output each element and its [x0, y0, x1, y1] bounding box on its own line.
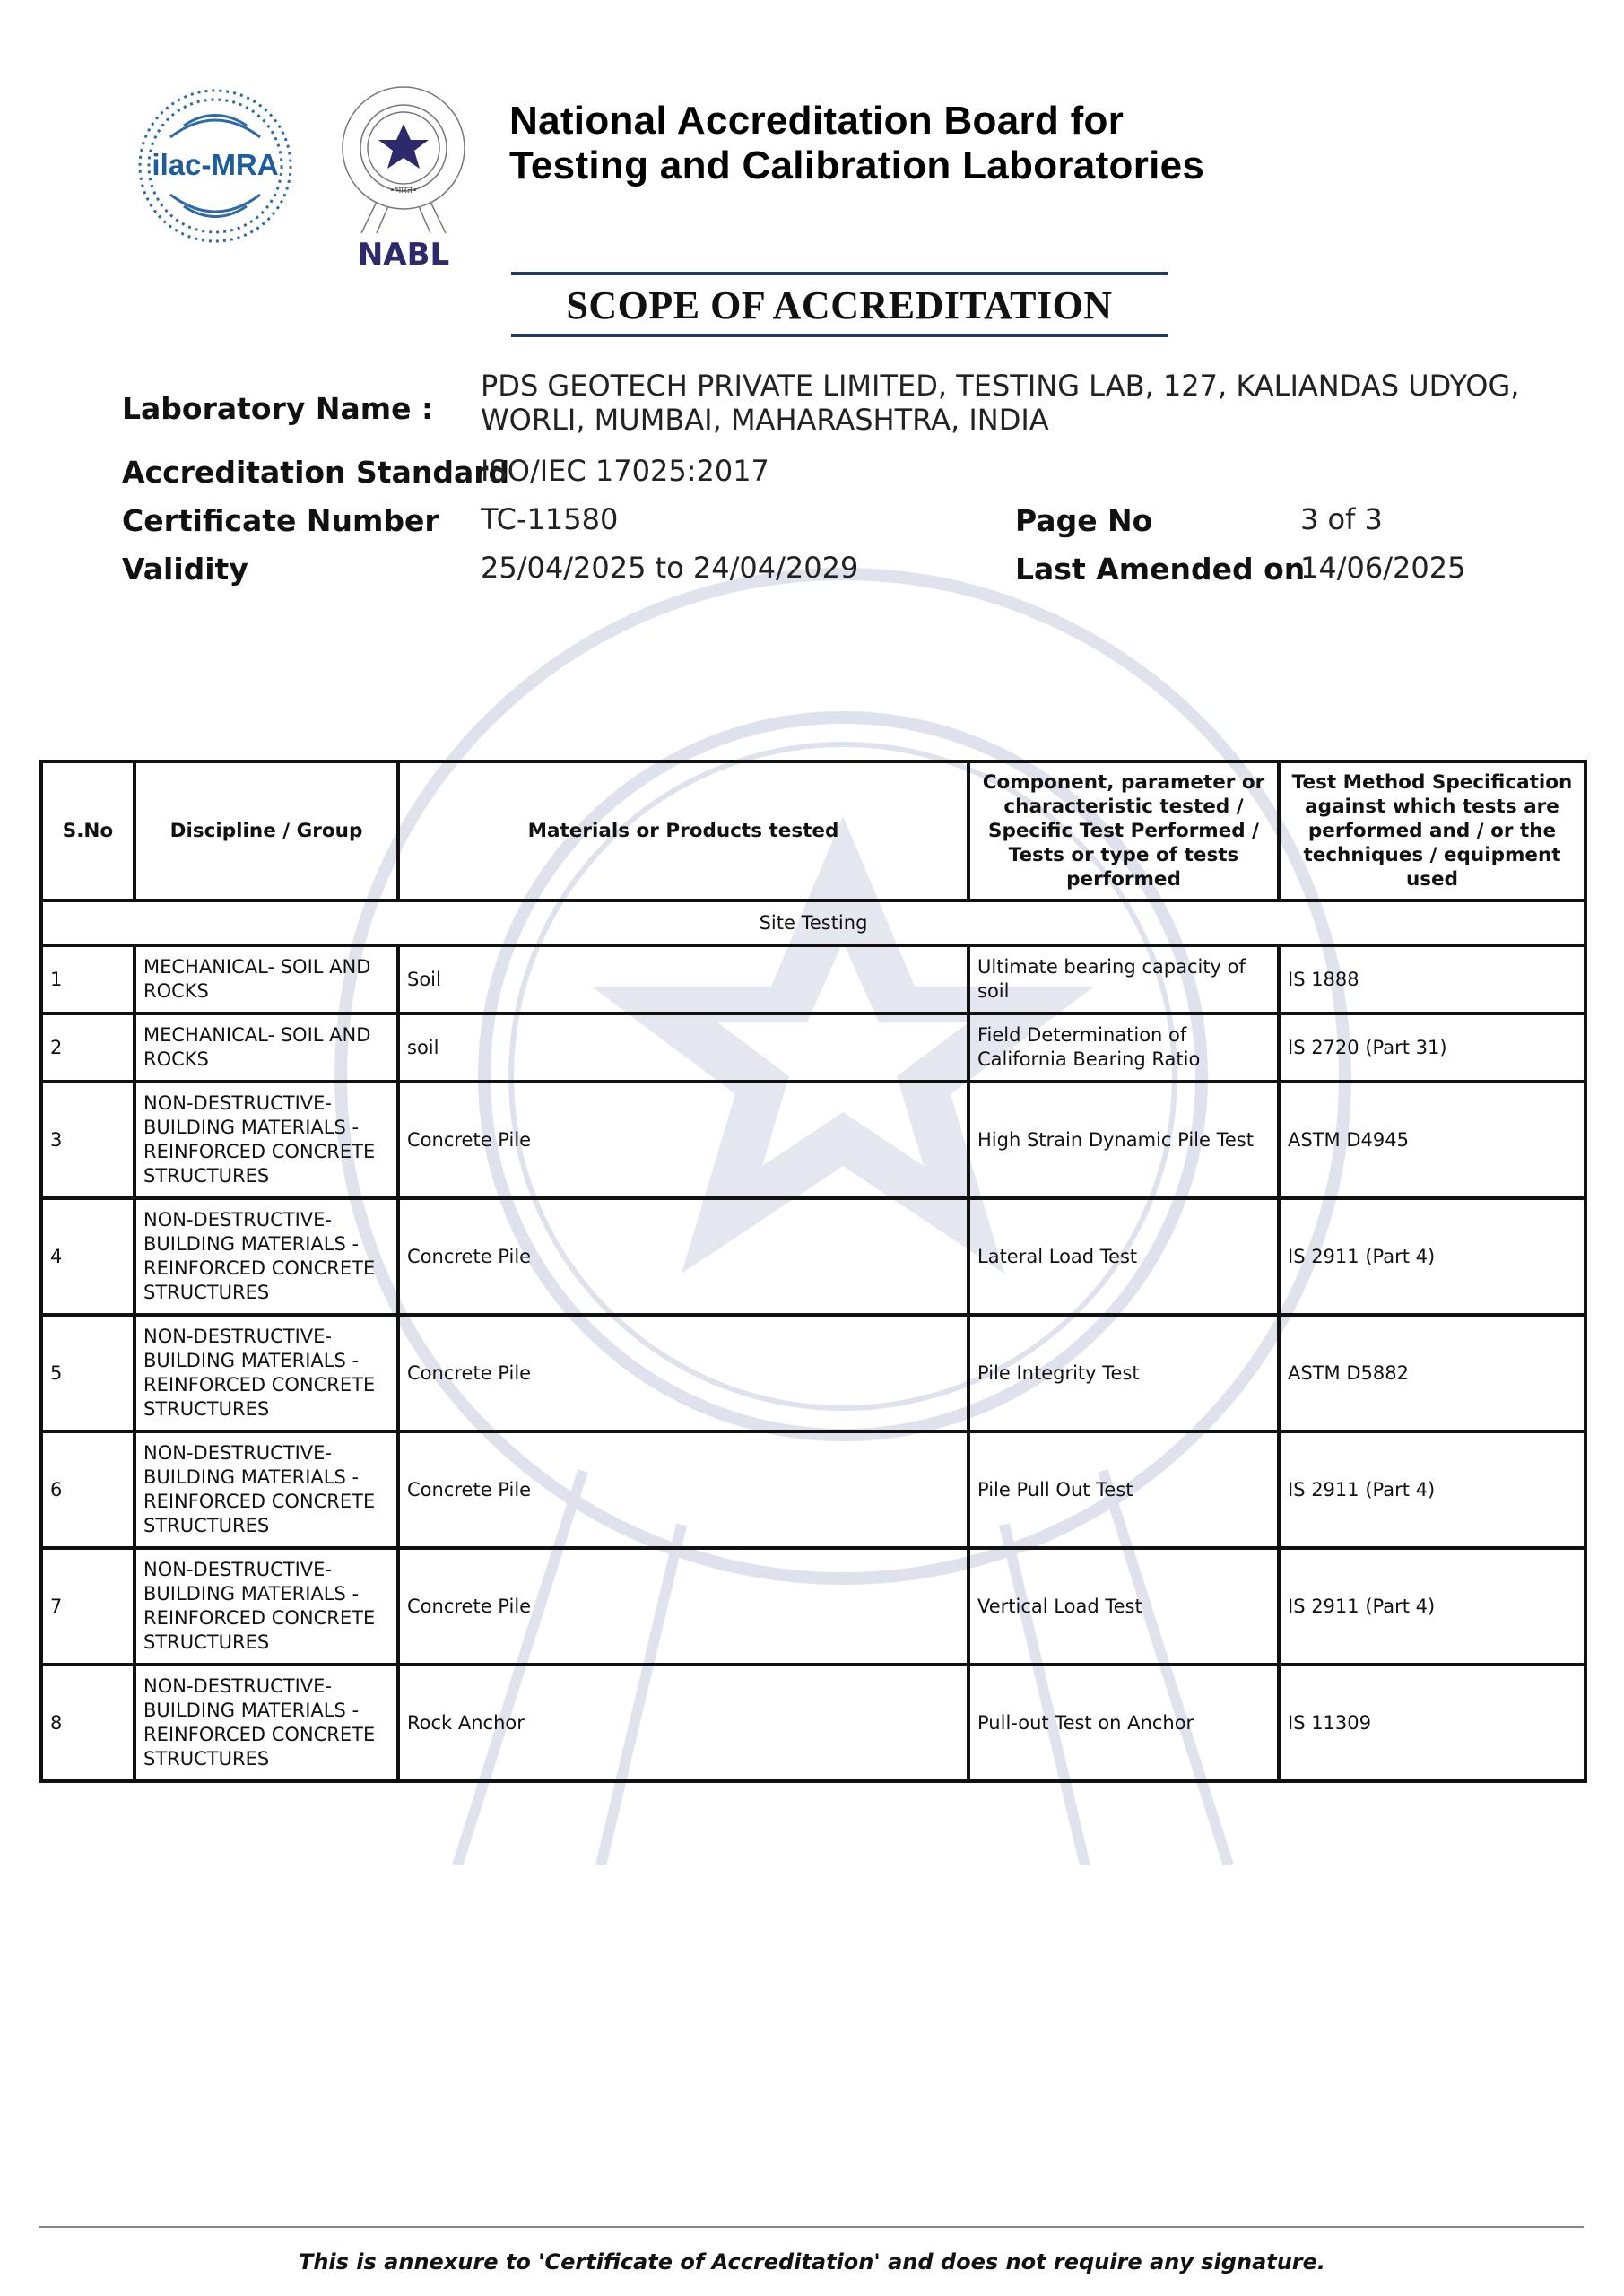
header-discipline: Discipline / Group: [135, 761, 398, 900]
cell-discipline: NON-DESTRUCTIVE- BUILDING MATERIALS - RE…: [135, 1315, 398, 1431]
cell-material: Concrete Pile: [398, 1082, 968, 1198]
page-no-value: 3 of 3: [1300, 501, 1383, 537]
table-row: 6NON-DESTRUCTIVE- BUILDING MATERIALS - R…: [41, 1431, 1585, 1548]
footer-divider: [39, 2226, 1584, 2228]
cell-sno: 4: [41, 1198, 135, 1315]
cell-sno: 6: [41, 1431, 135, 1548]
cell-test: Lateral Load Test: [968, 1198, 1279, 1315]
cell-discipline: NON-DESTRUCTIVE- BUILDING MATERIALS - RE…: [135, 1082, 398, 1198]
certificate-number-value: TC-11580: [481, 501, 618, 537]
cell-discipline: NON-DESTRUCTIVE- BUILDING MATERIALS - RE…: [135, 1198, 398, 1315]
validity-label: Validity: [122, 552, 248, 587]
table-row: 7NON-DESTRUCTIVE- BUILDING MATERIALS - R…: [41, 1548, 1585, 1665]
cell-material: Concrete Pile: [398, 1431, 968, 1548]
cell-method: ASTM D4945: [1279, 1082, 1585, 1198]
table-row: 5NON-DESTRUCTIVE- BUILDING MATERIALS - R…: [41, 1315, 1585, 1431]
document-title-block: SCOPE OF ACCREDITATION: [511, 272, 1168, 337]
standard-label: Accreditation Standard: [122, 455, 509, 490]
cell-sno: 8: [41, 1665, 135, 1781]
organization-title: National Accreditation Board for Testing…: [509, 99, 1204, 188]
cell-test: Pile Pull Out Test: [968, 1431, 1279, 1548]
header-component: Component, parameter or characteristic t…: [968, 761, 1279, 900]
organization-title-line1: National Accreditation Board for: [509, 99, 1204, 143]
cell-discipline: MECHANICAL- SOIL AND ROCKS: [135, 1013, 398, 1082]
table-row: 3NON-DESTRUCTIVE- BUILDING MATERIALS - R…: [41, 1082, 1585, 1198]
scope-table: S.No Discipline / Group Materials or Pro…: [39, 760, 1587, 1783]
cell-discipline: NON-DESTRUCTIVE- BUILDING MATERIALS - RE…: [135, 1548, 398, 1665]
cell-method: IS 2911 (Part 4): [1279, 1548, 1585, 1665]
cell-discipline: NON-DESTRUCTIVE- BUILDING MATERIALS - RE…: [135, 1431, 398, 1548]
cell-method: ASTM D5882: [1279, 1315, 1585, 1431]
table-row: 8NON-DESTRUCTIVE- BUILDING MATERIALS - R…: [41, 1665, 1585, 1781]
header-sno: S.No: [41, 761, 135, 900]
svg-text:NABL: NABL: [358, 237, 449, 273]
footer-note: This is annexure to 'Certificate of Accr…: [0, 2249, 1624, 2274]
cell-test: Vertical Load Test: [968, 1548, 1279, 1665]
header-materials: Materials or Products tested: [398, 761, 968, 900]
laboratory-name-line1: PDS GEOTECH PRIVATE LIMITED, TESTING LAB…: [481, 368, 1519, 404]
laboratory-name-line2: WORLI, MUMBAI, MAHARASHTRA, INDIA: [481, 402, 1049, 438]
ilac-mra-logo: ilac-MRA: [135, 85, 296, 247]
cell-test: Field Determination of California Bearin…: [968, 1013, 1279, 1082]
section-row: Site Testing: [41, 900, 1585, 945]
cell-sno: 3: [41, 1082, 135, 1198]
page-no-label: Page No: [1015, 503, 1152, 538]
svg-text:•भारत•: •भारत•: [389, 186, 417, 196]
certificate-number-label: Certificate Number: [122, 503, 439, 538]
validity-value: 25/04/2025 to 24/04/2029: [481, 550, 858, 586]
cell-material: Rock Anchor: [398, 1665, 968, 1781]
last-amended-label: Last Amended on: [1015, 552, 1305, 587]
cell-method: IS 2911 (Part 4): [1279, 1198, 1585, 1315]
cell-sno: 5: [41, 1315, 135, 1431]
cell-sno: 2: [41, 1013, 135, 1082]
section-label: Site Testing: [41, 900, 1585, 945]
table-header-row: S.No Discipline / Group Materials or Pro…: [41, 761, 1585, 900]
cell-test: Ultimate bearing capacity of soil: [968, 945, 1279, 1013]
cell-material: soil: [398, 1013, 968, 1082]
nabl-logo: •भारत• NABL: [327, 81, 480, 274]
cell-test: High Strain Dynamic Pile Test: [968, 1082, 1279, 1198]
cell-test: Pull-out Test on Anchor: [968, 1665, 1279, 1781]
table-row: 4NON-DESTRUCTIVE- BUILDING MATERIALS - R…: [41, 1198, 1585, 1315]
cell-discipline: NON-DESTRUCTIVE- BUILDING MATERIALS - RE…: [135, 1665, 398, 1781]
table-row: 1MECHANICAL- SOIL AND ROCKSSoilUltimate …: [41, 945, 1585, 1013]
organization-title-line2: Testing and Calibration Laboratories: [509, 143, 1204, 188]
standard-value: ISO/IEC 17025:2017: [481, 453, 769, 489]
svg-text:ilac-MRA: ilac-MRA: [152, 148, 278, 181]
title-rule-bottom: [511, 334, 1168, 337]
cell-material: Concrete Pile: [398, 1198, 968, 1315]
cell-sno: 1: [41, 945, 135, 1013]
table-row: 2MECHANICAL- SOIL AND ROCKSsoilField Det…: [41, 1013, 1585, 1082]
cell-method: IS 2911 (Part 4): [1279, 1431, 1585, 1548]
cell-sno: 7: [41, 1548, 135, 1665]
cell-test: Pile Integrity Test: [968, 1315, 1279, 1431]
cell-discipline: MECHANICAL- SOIL AND ROCKS: [135, 945, 398, 1013]
header-test-method: Test Method Specification against which …: [1279, 761, 1585, 900]
cell-material: Soil: [398, 945, 968, 1013]
cell-material: Concrete Pile: [398, 1315, 968, 1431]
cell-material: Concrete Pile: [398, 1548, 968, 1665]
last-amended-value: 14/06/2025: [1300, 550, 1465, 586]
laboratory-name-label: Laboratory Name :: [122, 391, 433, 426]
cell-method: IS 2720 (Part 31): [1279, 1013, 1585, 1082]
cell-method: IS 1888: [1279, 945, 1585, 1013]
document-title: SCOPE OF ACCREDITATION: [511, 275, 1168, 334]
cell-method: IS 11309: [1279, 1665, 1585, 1781]
